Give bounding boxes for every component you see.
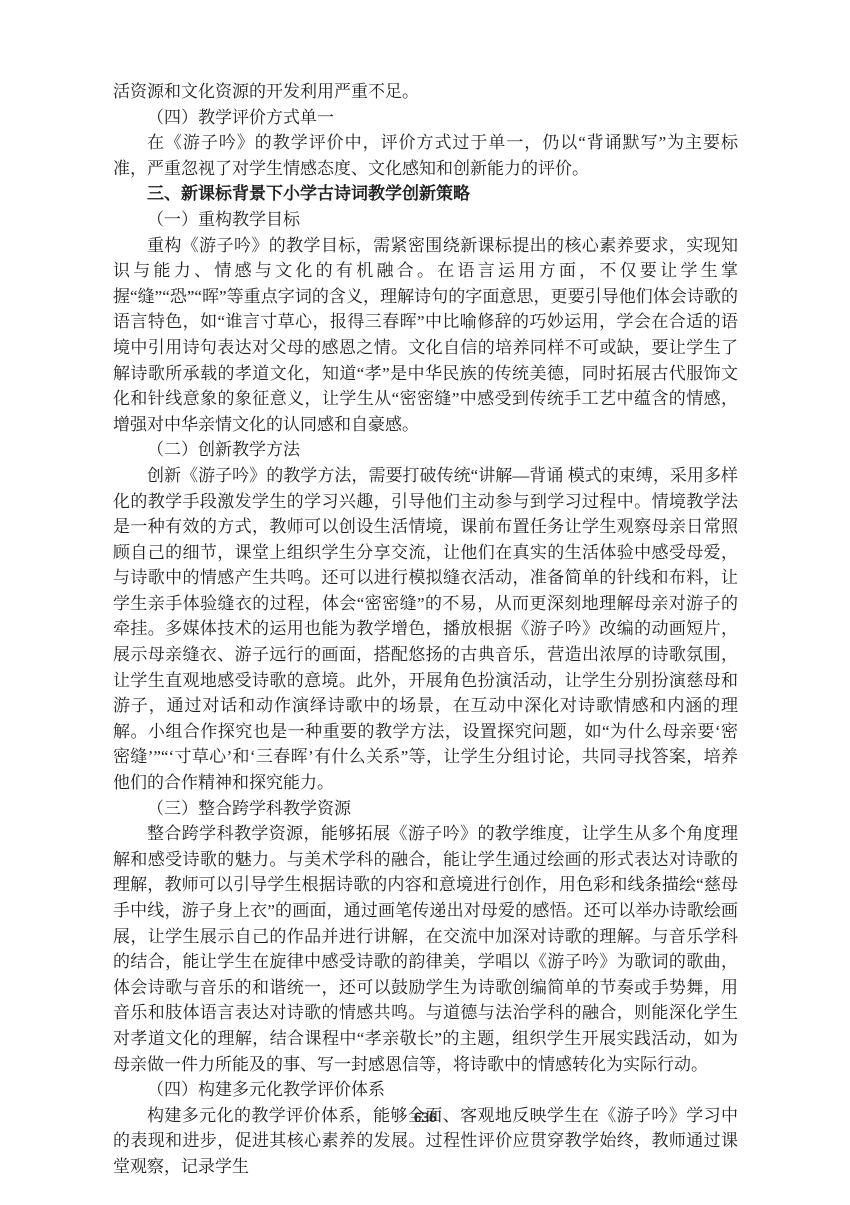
- sub-heading-1-goals: （一）重构教学目标: [113, 207, 738, 233]
- document-content: 活资源和文化资源的开发利用严重不足。 （四）教学评价方式单一 在《游子吟》的教学…: [113, 79, 738, 1180]
- paragraph-reconstruct-goals: 重构《游子吟》的教学目标，需紧密围绕新课标提出的核心素养要求，实现知识与能力、情…: [113, 233, 738, 438]
- sub-heading-3-resources: （三）整合跨学科教学资源: [113, 796, 738, 822]
- sub-heading-4-evaluation: （四）教学评价方式单一: [113, 105, 738, 131]
- sub-heading-4-evaluation-system: （四）构建多元化教学评价体系: [113, 1077, 738, 1103]
- page-number: 636: [0, 1110, 850, 1125]
- body-continuation-line: 活资源和文化资源的开发利用严重不足。: [113, 79, 738, 105]
- section-heading-strategies: 三、新课标背景下小学古诗词教学创新策略: [113, 181, 738, 207]
- paragraph-integrate-resources: 整合跨学科教学资源，能够拓展《游子吟》的教学维度，让学生从多个角度理解和感受诗歌…: [113, 821, 738, 1077]
- sub-heading-2-methods: （二）创新教学方法: [113, 437, 738, 463]
- document-page: 活资源和文化资源的开发利用严重不足。 （四）教学评价方式单一 在《游子吟》的教学…: [0, 0, 850, 1205]
- paragraph-evaluation-issue: 在《游子吟》的教学评价中，评价方式过于单一，仍以“背诵默写”为主要标准，严重忽视…: [113, 130, 738, 181]
- paragraph-innovate-methods: 创新《游子吟》的教学方法，需要打破传统“讲解—背诵 模式的束缚，采用多样化的教学…: [113, 463, 738, 796]
